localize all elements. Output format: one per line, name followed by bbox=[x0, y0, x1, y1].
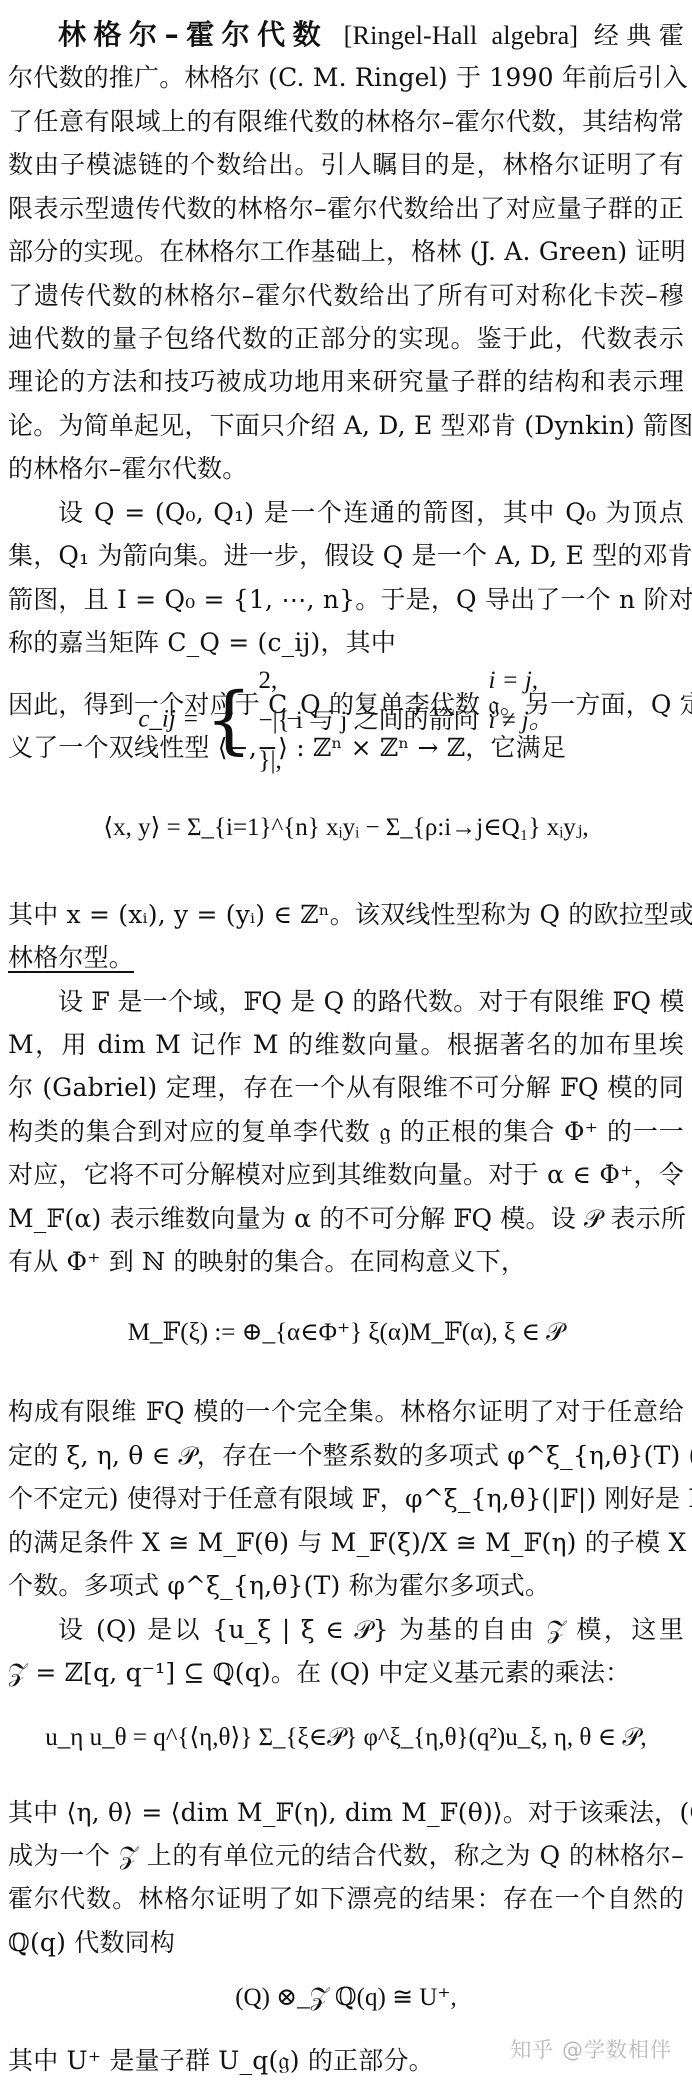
text-line: 箭图，且 I = Q₀ = {1, ⋯, n}。于是，Q 导出了一个 n 阶对 bbox=[8, 576, 684, 624]
equation-multiplication: u_η u_θ = q^{⟨η,θ⟩} Σ_{ξ∈𝒫} φ^ξ_{η,θ}(q²… bbox=[8, 1693, 684, 1784]
text-line: 数由子模滤链的个数给出。引人瞩目的是，林格尔证明了有 bbox=[8, 141, 684, 189]
paragraph-start: 设 Q = (Q₀, Q₁) 是一个连通的箭图，其中 Q₀ 为顶点 bbox=[8, 489, 684, 537]
text-line: 构类的集合到对应的复单李代数 𝔤 的正根的集合 Φ⁺ 的一一 bbox=[8, 1108, 684, 1156]
text-line: 林格尔型。 bbox=[8, 934, 684, 982]
text-line: 构成有限维 𝔽Q 模的一个完全集。林格尔证明了对于任意给 bbox=[8, 1388, 684, 1436]
text-line: 的满足条件 X ≅ M_𝔽(θ) 与 M_𝔽(ξ)/X ≅ M_𝔽(η) 的子模… bbox=[8, 1519, 684, 1567]
text-line: 部分的实现。在林格尔工作基础上，格林 (J. A. Green) 证明 bbox=[8, 228, 684, 276]
term-ringel-form: 林格尔型。 bbox=[8, 943, 134, 972]
text-line: M_𝔽(α) 表示维数向量为 α 的不可分解 𝔽Q 模。设 𝒫 表示所 bbox=[8, 1195, 684, 1243]
text-line: 集，Q₁ 为箭向集。进一步，假设 Q 是一个 A, D, E 型的邓肯 bbox=[8, 532, 684, 580]
text-line: 成为一个 𝒵 上的有单位元的结合代数，称之为 Q 的林格尔– bbox=[8, 1832, 684, 1880]
equation-euler-form: ⟨x, y⟩ = Σ_{i=1}^{n} xᵢyᵢ − Σ_{ρ:i→j∈Q₁}… bbox=[8, 769, 684, 887]
text-line: 𝒵 = ℤ[q, q⁻¹] ⊆ ℚ(q)。在 𝔋(Q) 中定义基元素的乘法： bbox=[8, 1649, 684, 1697]
isomorphism-formula: 𝔋(Q) ⊗_𝒵 ℚ(q) ≅ U⁺, bbox=[235, 1984, 457, 2011]
text-line: 尔代数的推广。林格尔 (C. M. Ringel) 于 1990 年前后引入 bbox=[8, 54, 684, 102]
text-line: 霍尔代数。林格尔证明了如下漂亮的结果：存在一个自然的 bbox=[8, 1875, 684, 1923]
euler-form-sentence: 其中 x = (xᵢ), y = (yᵢ) ∈ ℤⁿ。该双线性型称为 Q 的欧拉… bbox=[8, 900, 692, 929]
text-line: ℚ(q) 代数同构 bbox=[8, 1919, 684, 1967]
paragraph-start: 设 𝔋(Q) 是以 {u_ξ | ξ ∈ 𝒫} 为基的自由 𝒵 模，这里 bbox=[8, 1606, 684, 1654]
multiplication-formula: u_η u_θ = q^{⟨η,θ⟩} Σ_{ξ∈𝒫} φ^ξ_{η,θ}(q²… bbox=[45, 1724, 646, 1751]
text-line: 限表示型遗传代数的林格尔–霍尔代数给出了对应量子群的正 bbox=[8, 185, 684, 233]
text-line: 理论的方法和技巧被成功地用来研究量子群的结构和表示理 bbox=[8, 358, 684, 406]
text-line: 迪代数的量子包络代数的正部分的实现。鉴于此，代数表示 bbox=[8, 315, 684, 363]
text-line: 了任意有限域上的有限维代数的林格尔–霍尔代数，其结构常 bbox=[8, 98, 684, 146]
text-line: 尔 (Gabriel) 定理，存在一个从有限维不可分解 𝔽Q 模的同 bbox=[8, 1064, 684, 1112]
text-line: 论。为简单起见，下面只介绍 A, D, E 型邓肯 (Dynkin) 箭图 bbox=[8, 402, 684, 450]
text-line: M，用 dim M 记作 M 的维数向量。根据著名的加布里埃 bbox=[8, 1021, 684, 1069]
text-line: 定的 ξ, η, θ ∈ 𝒫，存在一个整系数的多项式 φ^ξ_{η,θ}(T) … bbox=[8, 1432, 684, 1480]
text-line: 其中 x = (xᵢ), y = (yᵢ) ∈ ℤⁿ。该双线性型称为 Q 的欧拉… bbox=[8, 891, 684, 939]
equation-isomorphism: 𝔋(Q) ⊗_𝒵 ℚ(q) ≅ U⁺, bbox=[8, 1962, 684, 2034]
euler-form-formula: ⟨x, y⟩ = Σ_{i=1}^{n} xᵢyᵢ − Σ_{ρ:i→j∈Q₁}… bbox=[103, 814, 588, 841]
watermark: 知乎 @学数相伴 bbox=[510, 2034, 672, 2064]
text-line: 个不定元) 使得对于任意有限域 𝔽，φ^ξ_{η,θ}(|𝔽|) 刚好是 M_𝔽… bbox=[8, 1475, 684, 1523]
text-line: 个数。多项式 φ^ξ_{η,θ}(T) 称为霍尔多项式。 bbox=[8, 1562, 684, 1610]
text-line: 义了一个双线性型 ⟨−,−⟩ : ℤⁿ × ℤⁿ → ℤ，它满足 bbox=[8, 724, 684, 772]
text-line: 的林格尔–霍尔代数。 bbox=[8, 445, 684, 493]
entry-heading-line: 林格尔–霍尔代数 [Ringel-Hall algebra] 经典霍 bbox=[8, 11, 684, 59]
entry-title-en: [Ringel-Hall algebra] bbox=[344, 21, 579, 50]
entry-title-zh: 林格尔–霍尔代数 bbox=[58, 18, 328, 51]
text-line: 因此，得到一个对应于 C_Q 的复单李代数 𝔤。另一方面，Q 定 bbox=[8, 681, 684, 729]
text-line: 了遗传代数的林格尔–霍尔代数给出了所有可对称化卡茨–穆 bbox=[8, 272, 684, 320]
text-line: 其中 ⟨η, θ⟩ = ⟨dim M_𝔽(η), dim M_𝔽(θ)⟩。对于该… bbox=[8, 1789, 684, 1837]
text-line: 对应，它将不可分解模对应到其维数向量。对于 α ∈ Φ⁺，令 bbox=[8, 1151, 684, 1199]
paragraph-start: 设 𝔽 是一个域，𝔽Q 是 Q 的路代数。对于有限维 𝔽Q 模 bbox=[8, 978, 684, 1026]
direct-sum-formula: M_𝔽(ξ) := ⊕_{α∈Φ⁺} ξ(α)M_𝔽(α), ξ ∈ 𝒫 bbox=[128, 1319, 564, 1346]
text-line: 经典霍 bbox=[594, 21, 684, 50]
equation-direct-sum: M_𝔽(ξ) := ⊕_{α∈Φ⁺} ξ(α)M_𝔽(α), ξ ∈ 𝒫 bbox=[8, 1283, 684, 1383]
text-line: 有从 Φ⁺ 到 ℕ 的映射的集合。在同构意义下， bbox=[8, 1238, 684, 1286]
